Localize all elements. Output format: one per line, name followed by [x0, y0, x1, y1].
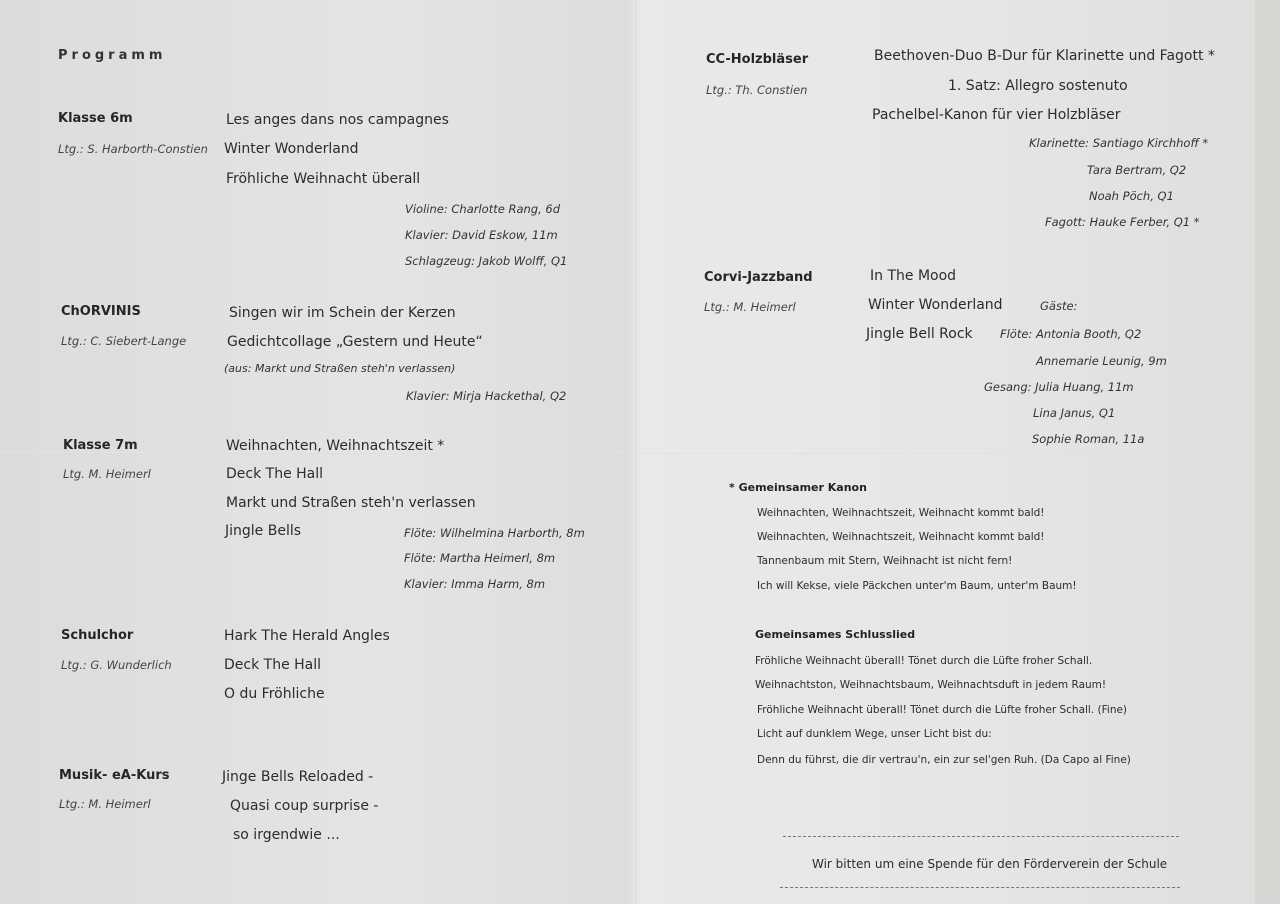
donation-note: Wir bitten um eine Spende für den Förder… [812, 857, 1167, 871]
schlusslied-line: Licht auf dunklem Wege, unser Licht bist… [757, 728, 992, 740]
kanon-line: Ich will Kekse, viele Päckchen unter'm B… [757, 580, 1077, 592]
performer: Flöte: Antonia Booth, Q2 [1000, 327, 1141, 341]
performer: Tara Bertram, Q2 [1087, 163, 1186, 177]
performer: Noah Pöch, Q1 [1089, 189, 1174, 203]
group-leader: Ltg.: G. Wunderlich [61, 658, 172, 672]
kanon-line: Weihnachten, Weihnachtszeit, Weihnacht k… [757, 531, 1045, 543]
piece: Deck The Hall [224, 657, 321, 673]
performer: Flöte: Wilhelmina Harborth, 8m [404, 526, 585, 540]
group-leader: Ltg.: Th. Constien [706, 83, 807, 97]
kanon-line: Tannenbaum mit Stern, Weihnacht ist nich… [757, 555, 1012, 567]
piece-note: (aus: Markt und Straßen steh'n verlassen… [224, 362, 455, 375]
piece: O du Fröhliche [224, 686, 325, 702]
performer: Klavier: Imma Harm, 8m [404, 577, 545, 591]
group-name: Klasse 7m [63, 438, 138, 453]
group-name: Musik- eA-Kurs [59, 768, 169, 783]
piece: 1. Satz: Allegro sostenuto [948, 78, 1128, 94]
schlusslied-line: Fröhliche Weihnacht überall! Tönet durch… [755, 655, 1092, 667]
schlusslied-heading: Gemeinsames Schlusslied [755, 628, 915, 641]
guests-label: Gäste: [1040, 299, 1077, 313]
piece: In The Mood [870, 268, 956, 284]
piece: Gedichtcollage „Gestern und Heute“ [227, 334, 483, 350]
performer: Violine: Charlotte Rang, 6d [405, 202, 560, 216]
group-leader: Ltg.: M. Heimerl [704, 300, 796, 314]
piece: Hark The Herald Angles [224, 628, 390, 644]
group-leader: Ltg.: M. Heimerl [59, 797, 151, 811]
group-leader: Ltg.: C. Siebert-Lange [61, 334, 186, 348]
piece: Les anges dans nos campagnes [226, 112, 449, 128]
divider [780, 887, 1180, 888]
page-title: Programm [58, 48, 166, 63]
piece: Deck The Hall [226, 466, 323, 482]
piece: Winter Wonderland [868, 297, 1003, 313]
performer: Gesang: Julia Huang, 11m [984, 380, 1134, 394]
piece: Pachelbel-Kanon für vier Holzbläser [872, 107, 1121, 123]
piece: Beethoven-Duo B-Dur für Klarinette und F… [874, 48, 1215, 64]
kanon-line: Weihnachten, Weihnachtszeit, Weihnacht k… [757, 507, 1045, 519]
group-name: ChORVINIS [61, 304, 141, 319]
performer: Annemarie Leunig, 9m [1036, 354, 1167, 368]
piece: Fröhliche Weihnacht überall [226, 171, 420, 187]
group-name: Corvi-Jazzband [704, 270, 813, 285]
piece: Jingle Bells [225, 523, 301, 539]
piece: Markt und Straßen steh'n verlassen [226, 495, 476, 511]
group-leader: Ltg. M. Heimerl [63, 467, 151, 481]
page-fold-horizontal [0, 452, 1280, 454]
performer: Lina Janus, Q1 [1033, 406, 1115, 420]
piece: Quasi coup surprise - [230, 798, 378, 814]
paper-edge [1255, 0, 1280, 904]
group-leader: Ltg.: S. Harborth-Constien [58, 142, 208, 156]
kanon-heading: * Gemeinsamer Kanon [729, 481, 867, 494]
schlusslied-line: Weihnachtston, Weihnachtsbaum, Weihnacht… [755, 679, 1106, 691]
piece: Weihnachten, Weihnachtszeit * [226, 438, 444, 454]
piece: so irgendwie ... [233, 827, 340, 843]
performer: Klavier: Mirja Hackethal, Q2 [406, 389, 566, 403]
group-name: Klasse 6m [58, 111, 133, 126]
piece: Jinge Bells Reloaded - [222, 769, 373, 785]
performer: Schlagzeug: Jakob Wolff, Q1 [405, 254, 567, 268]
group-name: CC-Holzbläser [706, 52, 808, 67]
piece: Jingle Bell Rock [866, 326, 973, 342]
piece: Winter Wonderland [224, 141, 359, 157]
performer: Sophie Roman, 11a [1032, 432, 1144, 446]
performer: Fagott: Hauke Ferber, Q1 * [1045, 215, 1199, 229]
performer: Klarinette: Santiago Kirchhoff * [1029, 136, 1208, 150]
piece: Singen wir im Schein der Kerzen [229, 305, 456, 321]
schlusslied-line: Denn du führst, die dir vertrau'n, ein z… [757, 754, 1131, 766]
divider [783, 836, 1179, 837]
performer: Flöte: Martha Heimerl, 8m [404, 551, 555, 565]
performer: Klavier: David Eskow, 11m [405, 228, 558, 242]
group-name: Schulchor [61, 628, 133, 643]
schlusslied-line: Fröhliche Weihnacht überall! Tönet durch… [757, 704, 1127, 716]
